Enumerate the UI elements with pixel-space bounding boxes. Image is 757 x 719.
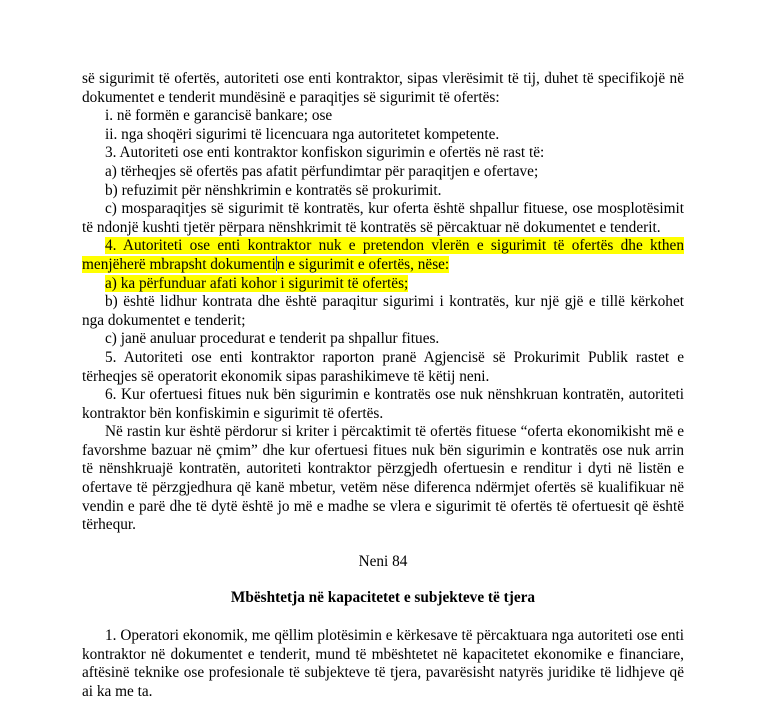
article-number: Neni 84 bbox=[82, 553, 684, 572]
paragraph-6-confiscation: 6. Kur ofertuesi fitues nuk bën sigurimi… bbox=[82, 386, 684, 423]
list-item-insurance-companies: ii. nga shoqëri sigurimi të licencuara n… bbox=[82, 126, 684, 145]
paragraph-4-highlighted: 4. Autoriteti ose enti kontraktor nuk e … bbox=[82, 237, 684, 274]
paragraph-5-reporting: 5. Autoriteti ose enti kontraktor raport… bbox=[82, 349, 684, 386]
list-item-4a-highlighted: a) ka përfunduar afati kohor i sigurimit… bbox=[82, 275, 684, 294]
document-page[interactable]: së sigurimit të ofertës, autoriteti ose … bbox=[82, 70, 684, 701]
list-item-bank-guarantee: i. në formën e garancisë bankare; ose bbox=[82, 107, 684, 126]
list-item-3b: b) refuzimit për nënshkrimin e kontratës… bbox=[82, 182, 684, 201]
paragraph-second-ranked: Në rastin kur është përdorur si kriter i… bbox=[82, 423, 684, 535]
article-paragraph-1: 1. Operatori ekonomik, me qëllim plotësi… bbox=[82, 627, 684, 701]
paragraph-3-confiscation: 3. Autoriteti ose enti kontraktor konfis… bbox=[82, 144, 684, 163]
list-item-4b: b) është lidhur kontrata dhe është paraq… bbox=[82, 293, 684, 330]
article-title: Mbështetja në kapacitetet e subjekteve t… bbox=[82, 589, 684, 608]
list-item-3a: a) tërheqjes së ofertës pas afatit përfu… bbox=[82, 163, 684, 182]
list-item-3c: c) mosparaqitjes së sigurimit të kontrat… bbox=[82, 200, 684, 237]
highlighted-text: a) ka përfunduar afati kohor i sigurimit… bbox=[105, 275, 408, 292]
paragraph-offer-security-options: së sigurimit të ofertës, autoriteti ose … bbox=[82, 70, 684, 107]
highlighted-text: n e sigurimit e ofertës, nëse: bbox=[277, 256, 449, 273]
list-item-4c: c) janë anuluar procedurat e tenderit pa… bbox=[82, 330, 684, 349]
